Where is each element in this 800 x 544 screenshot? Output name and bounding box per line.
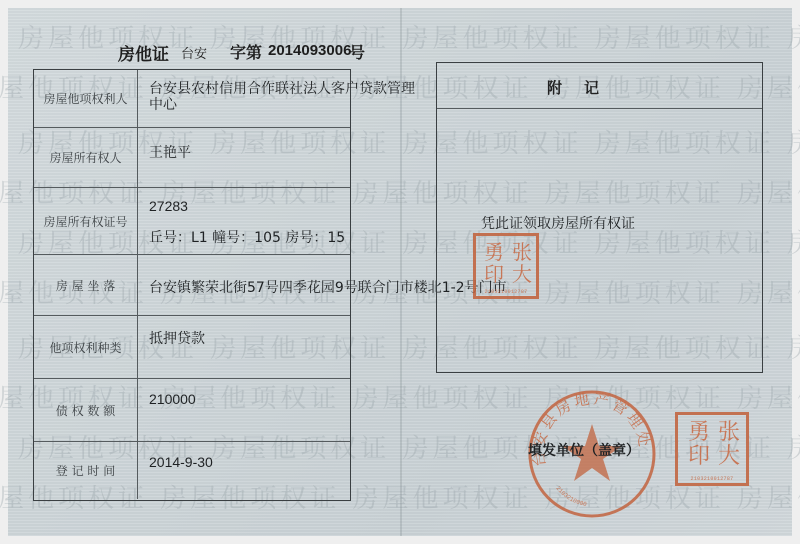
seal-char: 勇: [688, 423, 710, 443]
row-label: 房屋所有权人: [34, 128, 138, 187]
row-value-line: 台安县农村信用合作联社法人客户贷款管理: [149, 78, 415, 98]
row-label: 他项权利种类: [34, 316, 138, 378]
row-label: 房屋他项权利人: [34, 70, 138, 127]
seal-char: 张: [718, 423, 740, 443]
row-label: 债 权 数 额: [34, 379, 138, 441]
table-row: 房屋所有权证号27283丘号：L1 幢号：105 房号：15: [34, 188, 350, 255]
table-row: 房屋所有权人王艳平: [34, 128, 350, 188]
seal-char: 印: [688, 447, 710, 467]
table-row: 债 权 数 额210000: [34, 379, 350, 442]
seal-char: 大: [512, 264, 532, 284]
annex-note: 凭此证领取房屋所有权证: [481, 213, 635, 233]
personal-seal-small: 张 大 勇 印 2103210012787: [473, 233, 539, 299]
certificate-type-title: 房他证: [118, 40, 169, 65]
seal-code: 2103210012787: [476, 289, 536, 295]
row-value-line: 2014-9-30: [149, 454, 213, 470]
table-row: 房屋他项权利人台安县农村信用合作联社法人客户贷款管理中心: [34, 70, 350, 128]
annex-header: 附记: [437, 63, 762, 109]
svg-text:2103210000: 2103210000: [554, 485, 587, 508]
seal-char: 印: [484, 264, 504, 284]
table-row: 房 屋 坐 落台安镇繁荣北街57号四季花园9号联合门市楼北1-2号门市: [34, 255, 350, 316]
registration-table: 房屋他项权利人台安县农村信用合作联社法人客户贷款管理中心房屋所有权人王艳平房屋所…: [33, 69, 351, 501]
seal-char: 勇: [484, 242, 504, 262]
annex-title: 附记: [547, 77, 621, 98]
certificate-number-prefix: 字第: [230, 40, 262, 63]
seal-char: 大: [718, 447, 740, 467]
row-value: 2014-9-30: [149, 442, 550, 499]
row-value-line: 27283: [149, 198, 188, 214]
row-value-line: 210000: [149, 391, 196, 407]
row-label: 房屋所有权证号: [34, 188, 138, 254]
annex-box: 附记 凭此证领取房屋所有权证: [436, 62, 763, 373]
certificate-page: 房屋他项权证 房屋他项权证 房屋他项权证 房屋他项权证 房屋他项权证 房屋他项权…: [8, 8, 792, 536]
row-value-line: 王艳平: [149, 142, 191, 162]
row-value-line: 抵押贷款: [149, 328, 205, 348]
row-value: 210000: [149, 379, 550, 441]
seal-code: 2103210012787: [678, 476, 746, 482]
certificate-county: 台安: [181, 43, 207, 62]
round-seal-code: 2103210000: [554, 485, 587, 508]
issuer-label: 填发单位（盖章）: [528, 440, 640, 460]
row-value-line: 中心: [149, 94, 177, 114]
table-row: 他项权利种类抵押贷款: [34, 316, 350, 379]
row-label: 房 屋 坐 落: [34, 255, 138, 315]
personal-seal-large: 张 大 勇 印 2103210012787: [675, 412, 749, 486]
row-label: 登 记 时 间: [34, 442, 138, 499]
seal-char: 张: [512, 242, 532, 262]
table-row: 登 记 时 间2014-9-30: [34, 442, 350, 499]
certificate-number: 2014093006: [268, 42, 351, 59]
row-value-line: 丘号：L1 幢号：105 房号：15: [149, 227, 345, 247]
certificate-number-suffix: 号: [349, 40, 365, 63]
